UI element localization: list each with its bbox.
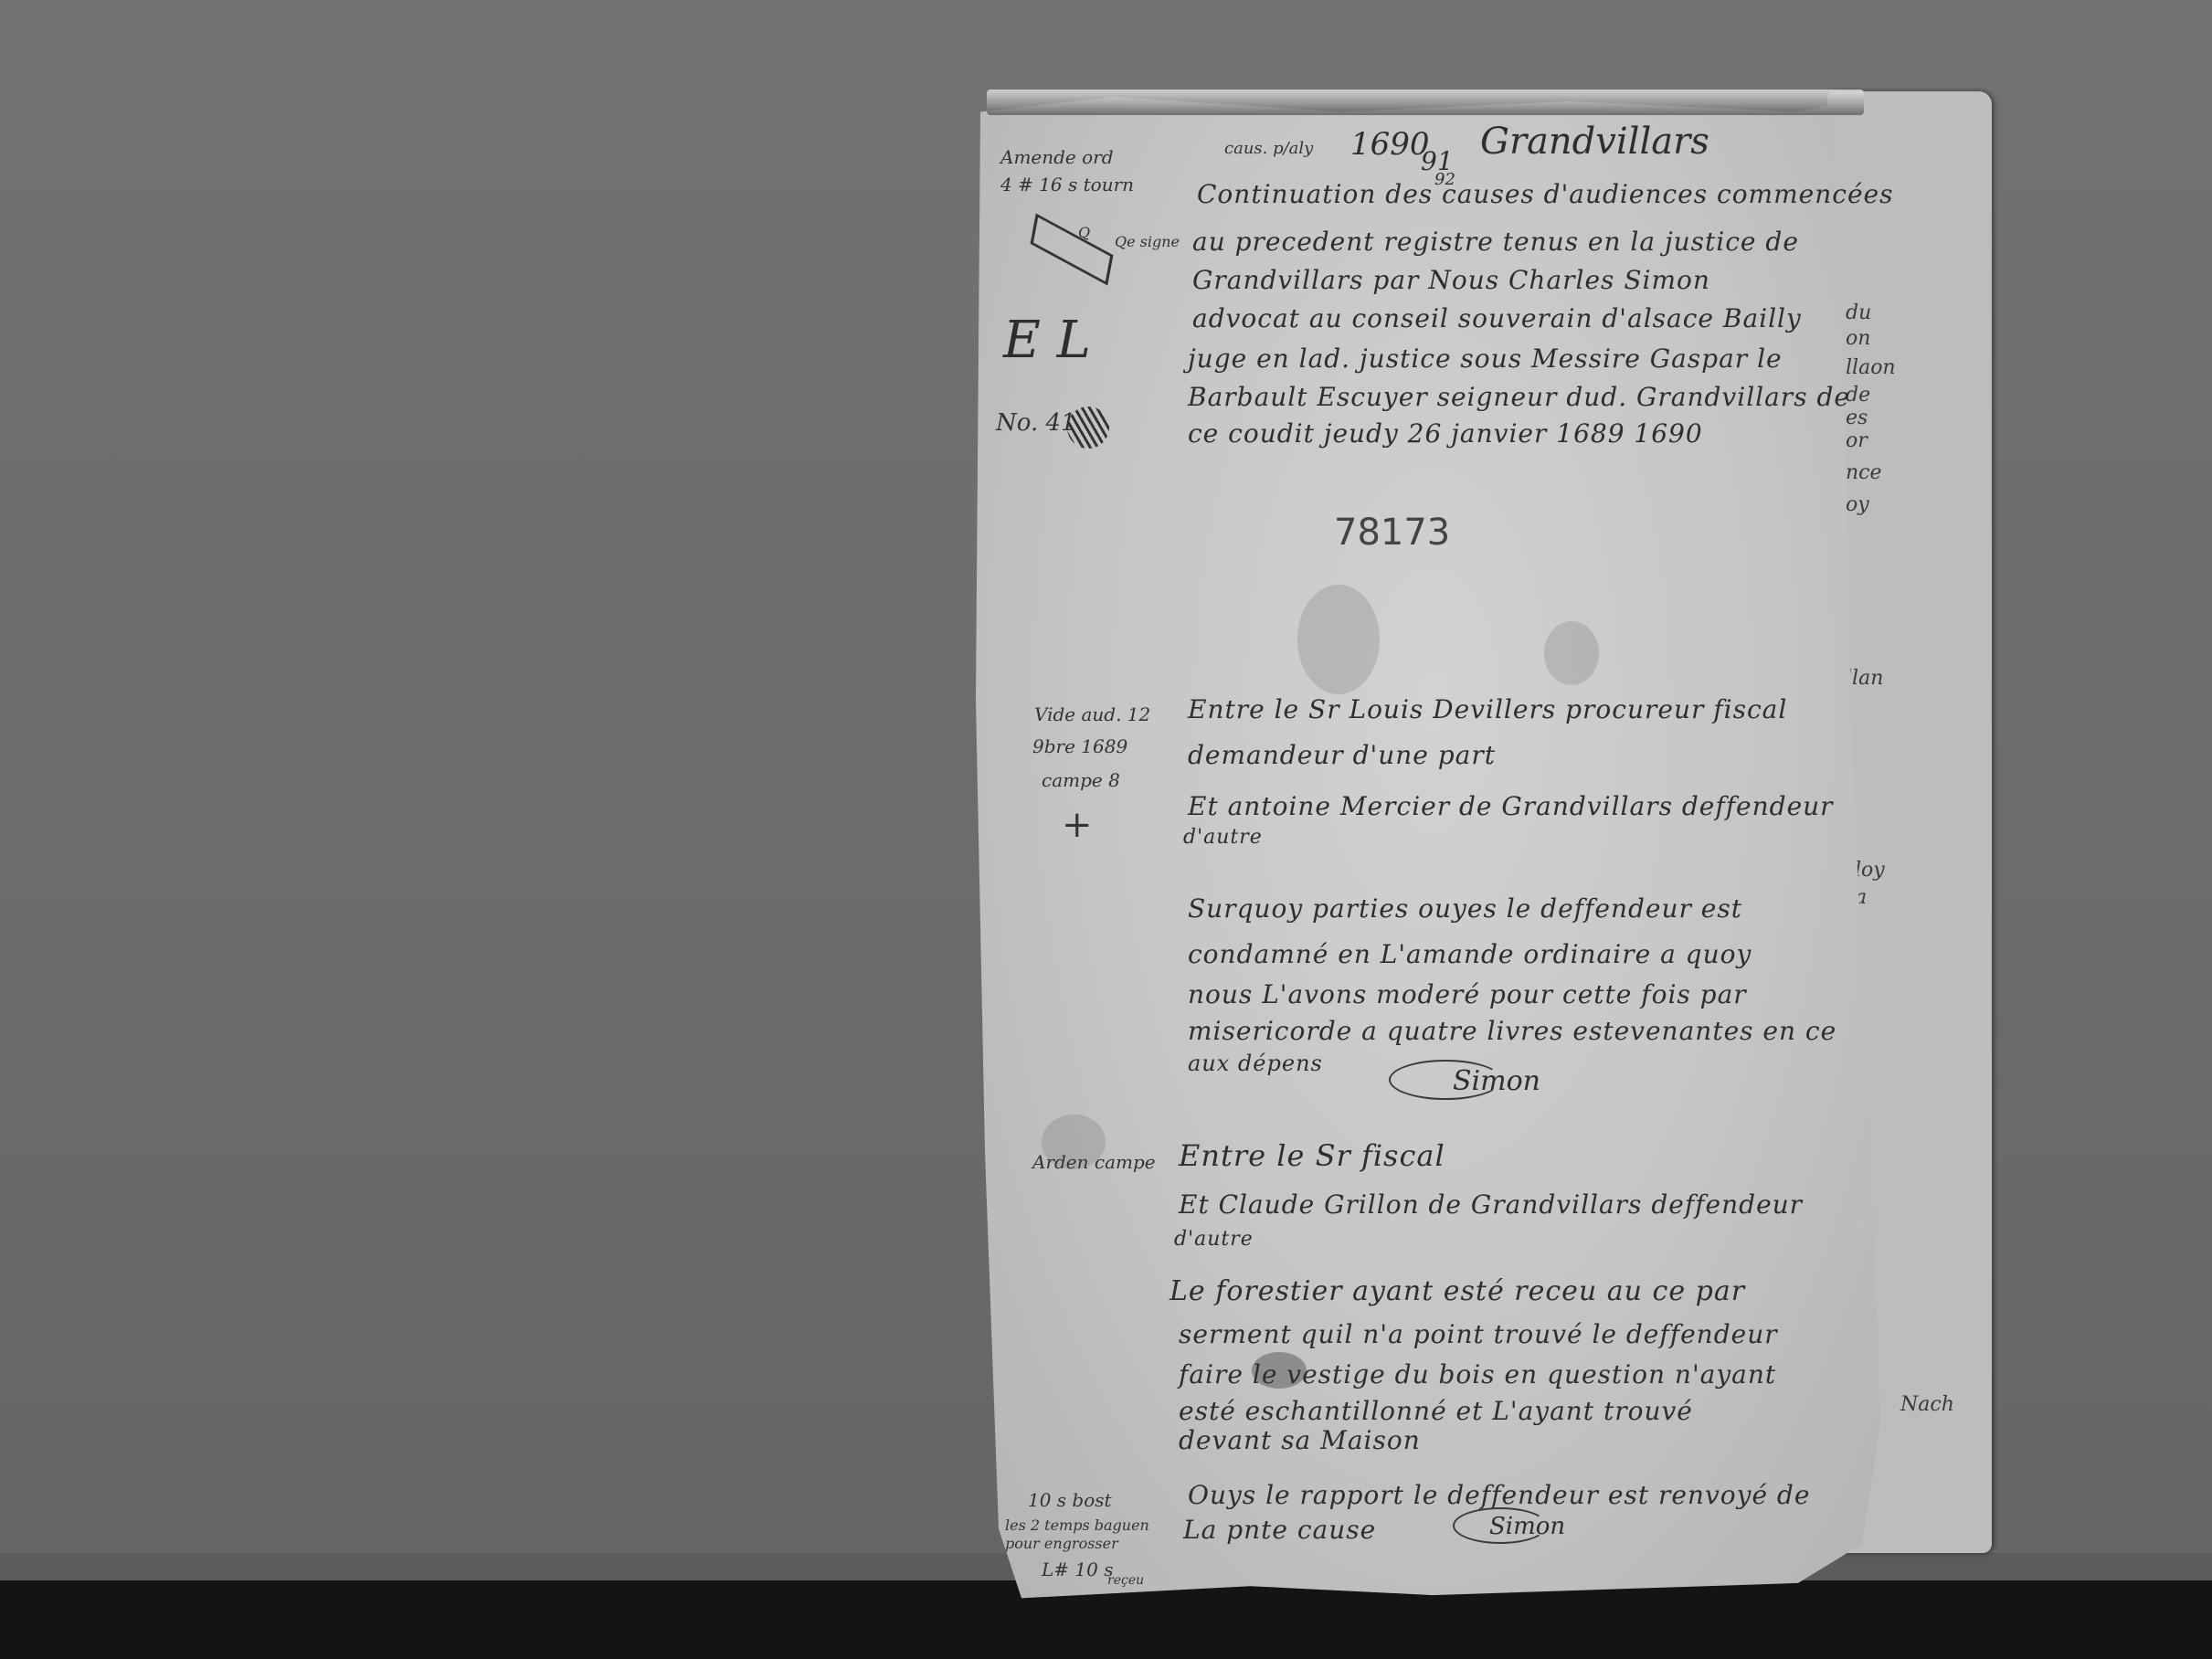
text-line: Le forestier ayant esté receu au ce par (1170, 1275, 1745, 1307)
text-line: demandeur d'une part (1188, 740, 1496, 770)
text-line: advocat au conseil souverain d'alsace Ba… (1192, 303, 1802, 333)
text-line: La pnte cause (1183, 1515, 1376, 1545)
back-fragment: nce (1846, 461, 1882, 484)
back-fragment: on (1846, 327, 1870, 350)
cross-mark-icon: + (1062, 804, 1093, 846)
water-stain (1544, 621, 1599, 685)
back-fragment: oy (1846, 493, 1869, 516)
header-place: Grandvillars (1480, 121, 1709, 163)
text-line: Entre le Sr fiscal (1179, 1138, 1445, 1173)
margin-note: Amende ord (1000, 146, 1114, 168)
text-line: Surquoy parties ouyes le deffendeur est (1188, 893, 1742, 924)
text-line: Et Claude Grillon de Grandvillars deffen… (1179, 1189, 1803, 1220)
text-line: serment quil n'a point trouvé le deffend… (1179, 1319, 1778, 1349)
text-line: condamné en L'amande ordinaire a quoy (1188, 939, 1752, 969)
initials: E L (1003, 311, 1091, 370)
margin-note: campe 8 (1042, 769, 1120, 791)
text-line: esté eschantillonné et L'ayant trouvé (1179, 1396, 1693, 1426)
text-line: Ouys le rapport le deffendeur est renvoy… (1188, 1480, 1810, 1510)
text-line: d'autre (1174, 1228, 1254, 1251)
item-number: No. 41 (996, 409, 1076, 437)
back-fragment: loy (1855, 859, 1885, 882)
text-line: misericorde a quatre livres estevenantes… (1188, 1016, 1836, 1046)
margin-note: L# 10 s (1042, 1559, 1113, 1580)
back-fragment: llan (1846, 667, 1883, 690)
signature: Simon (1489, 1513, 1565, 1540)
text-line: juge en lad. justice sous Messire Gaspar… (1188, 343, 1783, 374)
back-fragment: llaon (1846, 356, 1896, 379)
text-line: d'autre (1183, 826, 1263, 849)
text-line: nous L'avons moderé pour cette fois par (1188, 979, 1747, 1009)
text-line: aux dépens (1188, 1051, 1323, 1076)
text-line: Barbault Escuyer seigneur dud. Grandvill… (1188, 382, 1850, 412)
margin-note: Qe signe (1115, 233, 1180, 250)
text-line: Continuation des causes d'audiences comm… (1197, 179, 1893, 209)
margin-note: pour engrosser (1005, 1535, 1118, 1552)
scribble-icon (1067, 407, 1109, 449)
margin-note: Vide aud. 12 (1034, 703, 1150, 725)
header-year: 1690 (1350, 126, 1430, 163)
text-line: Et antoine Mercier de Grandvillars deffe… (1188, 791, 1834, 821)
margin-note: 4 # 16 s tourn (1000, 174, 1134, 195)
header-prefix: caus. p/aly (1224, 139, 1313, 158)
text-line: Entre le Sr Louis Devillers procureur fi… (1188, 694, 1787, 724)
back-fragment: or (1846, 429, 1868, 452)
margin-note: les 2 temps baguen (1005, 1516, 1149, 1534)
margin-note: Arden campe (1032, 1151, 1156, 1173)
back-fragment: Nach (1900, 1393, 1954, 1416)
text-line: devant sa Maison (1179, 1425, 1421, 1455)
text-line: faire le vestige du bois en question n'a… (1179, 1359, 1776, 1390)
margin-note: Q (1078, 224, 1090, 241)
archive-stamp-number: 78173 (1334, 512, 1450, 554)
page-top-edge (987, 90, 1864, 115)
text-line: Grandvillars par Nous Charles Simon (1192, 265, 1710, 295)
margin-note: 9bre 1689 (1032, 735, 1127, 757)
margin-note: reçeu (1107, 1573, 1144, 1588)
text-line: ce coudit jeudy 26 janvier 1689 1690 (1188, 418, 1703, 449)
back-fragment: du (1846, 301, 1871, 324)
water-stain (1297, 585, 1380, 694)
text-line: au precedent registre tenus en la justic… (1192, 227, 1799, 257)
signature: Simon (1453, 1065, 1540, 1097)
margin-note: 10 s bost (1028, 1489, 1112, 1511)
